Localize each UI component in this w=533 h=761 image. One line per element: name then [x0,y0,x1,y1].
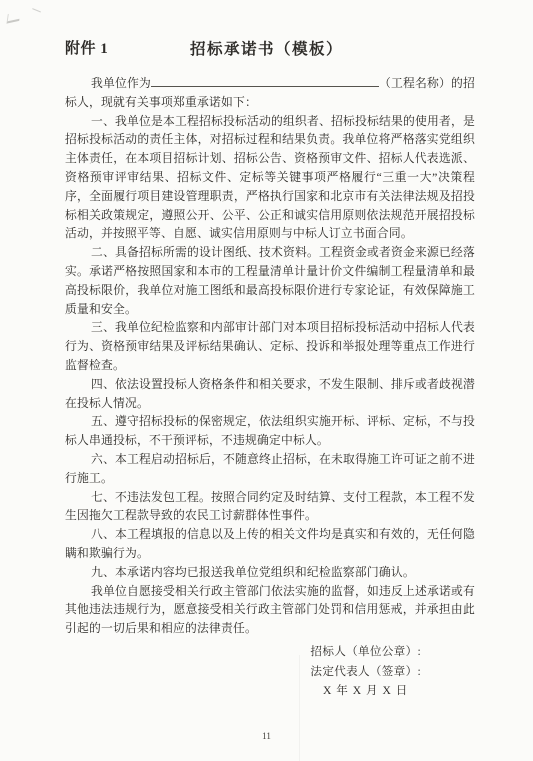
paragraph-4: 四、依法设置投标人资格条件和相关要求，不发生限制、排斥或者歧视潜在投标人情况。 [65,375,475,413]
document-header: 附件 1 招标承诺书（模板） [0,0,533,61]
project-name-blank [151,75,379,87]
paragraph-5: 五、遵守招标投标的保密规定，依法组织实施开标、评标、定标，不与投标人串通投标，不… [65,412,475,450]
intro-paragraph: 我单位作为（工程名称）的招标人，现就有关事项郑重承诺如下： [65,74,475,112]
scan-crease [299,655,300,761]
signature-date-line: X 年 X 月 X 日 [310,681,421,701]
attachment-label: 附件 1 [65,37,108,58]
signature-bidder-line: 招标人（单位公章）: [310,642,421,662]
signature-legal-representative-line: 法定代表人（签章）: [310,662,421,682]
paragraph-6: 六、本工程启动招标后，不随意终止招标，在未取得施工许可证之前不进行施工。 [65,450,475,488]
paragraph-8: 八、本工程填报的信息以及上传的相关文件均是真实和有效的，无任何隐瞒和欺骗行为。 [65,525,475,563]
page-number: 11 [0,731,533,741]
intro-prefix: 我单位作为 [91,76,151,90]
closing-paragraph: 我单位自愿接受相关行政主管部门依法实施的监督，如违反上述承诺或有其他违法违规行为… [65,582,475,638]
signature-block: 招标人（单位公章）: 法定代表人（签章）: X 年 X 月 X 日 [310,642,421,701]
paragraph-9: 九、本承诺内容均已报送我单位党组织和纪检监察部门确认。 [65,563,475,582]
scanned-page: 附件 1 招标承诺书（模板） 我单位作为（工程名称）的招标人，现就有关事项郑重承… [0,0,533,761]
paragraph-2: 二、具备招标所需的设计图纸、技术资料。工程资金或者资金来源已经落实。承诺严格按照… [65,243,475,318]
paragraph-7: 七、不违法发包工程。按照合同约定及时结算、支付工程款，本工程不发生因拖欠工程款导… [65,488,475,526]
paragraph-3: 三、我单位纪检监察和内部审计部门对本项目招标投标活动中招标人代表行为、资格预审结… [65,318,475,374]
document-body: 我单位作为（工程名称）的招标人，现就有关事项郑重承诺如下： 一、我单位是本工程招… [65,74,475,638]
paragraph-1: 一、我单位是本工程招标投标活动的组织者、招标投标结果的使用者，是招标投标活动的责… [65,112,475,244]
